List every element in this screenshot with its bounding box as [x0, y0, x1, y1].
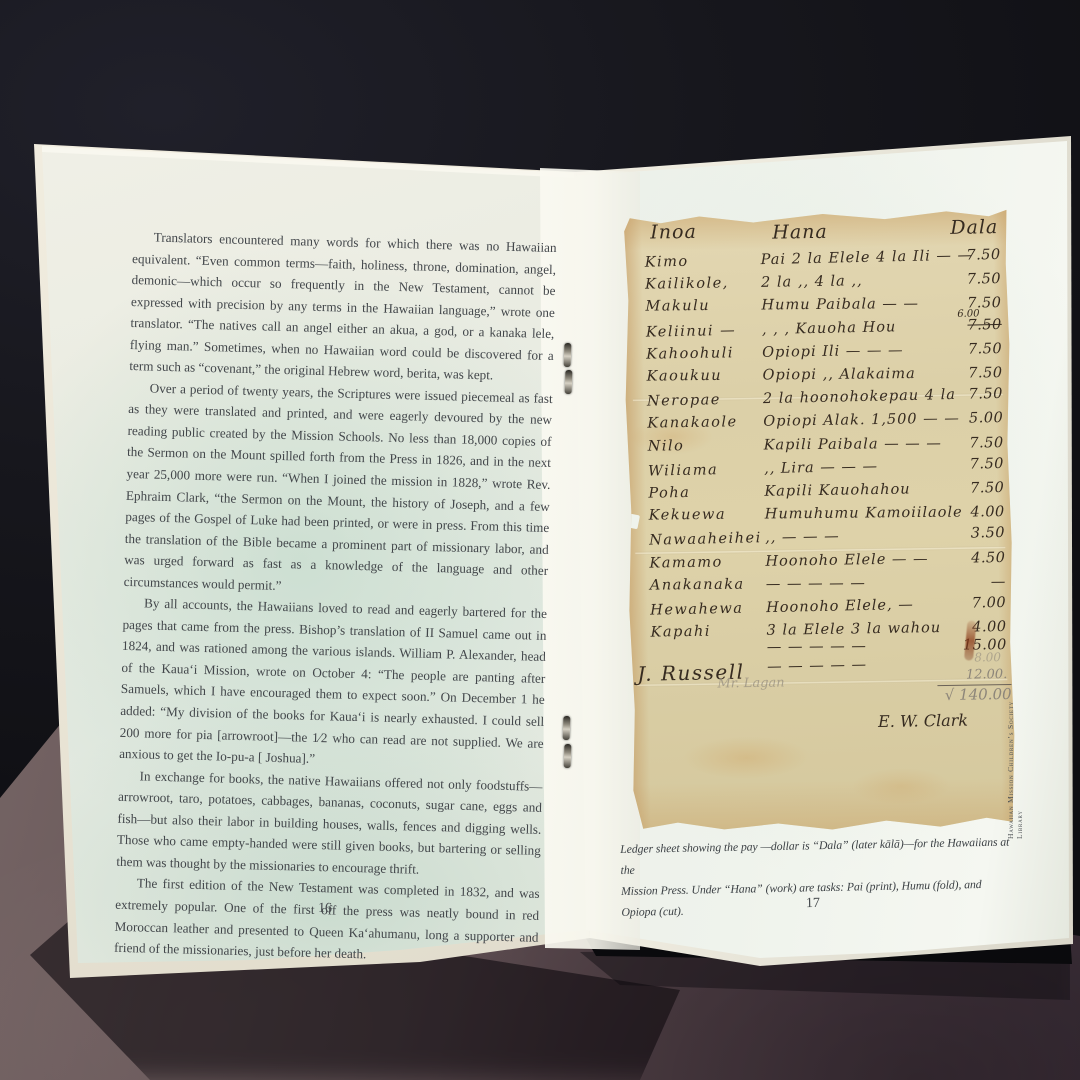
paragraph: By all accounts, the Hawaiians loved to …: [119, 592, 547, 775]
ledger-cell-work: Kapili Kauohahou: [764, 482, 910, 500]
ledger-cell-amount: 4.50: [971, 550, 1006, 567]
ledger-cell-name: Hewahewa: [650, 601, 744, 619]
ledger-cell-name: Keliinui —: [646, 322, 737, 340]
pencil-note: Mr. Lagan: [717, 676, 784, 692]
ledger-cell-name: Kailikole,: [645, 276, 729, 293]
ledger-cell-work: 2 la hoonohokepau 4 la: [763, 387, 956, 407]
staple-icon: [563, 716, 571, 740]
total-faint: 8.00: [974, 650, 1001, 664]
ledger-rows: KimoPai 2 la Elele 4 la Ili — —7.50Kaili…: [622, 208, 1018, 834]
ledger-cell-work: 3 la Elele 3 la wahou: [766, 620, 941, 639]
ledger-cell-name: Wiliama: [648, 462, 718, 480]
ledger-cell-work: Humu Paibala — —: [761, 296, 919, 314]
ledger-cell-work: Opiopi Alak. 1,500 — —: [763, 411, 960, 430]
ledger-cell-work: — — — — —: [767, 657, 867, 675]
ledger-cell-work: — — — — —: [766, 575, 866, 592]
ledger-cell-name: Kapahi: [650, 624, 711, 641]
ledger-cell-work: ‚‚ Lira — — —: [764, 458, 878, 476]
ledger-cell-name: Neropae: [647, 392, 721, 410]
ledger-cell-amount: 7.50: [968, 341, 1003, 358]
ledger-cell-name: Kaoukuu: [647, 368, 723, 385]
ledger-cell-name: Poha: [648, 485, 690, 502]
caption-line: Mission Press. Under “Hana” (work) are t…: [621, 873, 1020, 923]
book-photo-scene: Translators encountered many words for w…: [0, 0, 1080, 1080]
ledger-cell-amount: 7.50: [966, 247, 1001, 264]
ledger-cell-work: ‚‚ — — —: [765, 529, 840, 547]
ledger-cell-name: Kanakaole: [647, 415, 738, 432]
total-sum: √ 140.00: [937, 684, 1011, 704]
ledger-cell-work: Pai 2 la Elele 4 la Ili — —: [761, 248, 974, 269]
ledger-cell-amount: 7.50: [969, 456, 1004, 473]
staple-icon: [564, 343, 572, 367]
paragraph: The first edition of the New Testament w…: [114, 872, 540, 969]
ledger-cell-name: Kimo: [645, 254, 689, 271]
ledger-cell-amount: 5.00: [969, 410, 1004, 427]
paragraph: Over a period of twenty years, the Scrip…: [123, 377, 552, 603]
ledger-sheet: Inoa Hana Dala KimoPai 2 la Elele 4 la I…: [622, 208, 1018, 834]
total-pencil: 12.00.: [966, 667, 1008, 683]
ledger-cell-amount: 4.00: [972, 619, 1007, 636]
ledger-row: KahoohuliOpiopi Ili — — —7.50: [624, 341, 1010, 369]
ledger-cell-work: Humuhumu Kamoiilaole: [765, 505, 963, 523]
ledger-cell-name: Anakanaka: [650, 576, 745, 593]
ledger-cell-work: ‚ ‚ ‚ Kauoha Hou: [762, 319, 897, 338]
ledger-cell-amount: 7.50: [969, 435, 1003, 451]
ledger-cell-amount: 7.00: [972, 595, 1007, 612]
ledger-cell-amount: 4.00: [970, 504, 1004, 520]
ledger-row: KamamoHoonoho Elele — —4.50: [627, 549, 1013, 577]
ledger-cell-work: Kapili Paibala — — —: [764, 435, 942, 453]
ledger-cell-amount: 7.50: [970, 480, 1005, 497]
ledger-cell-amount: —: [991, 574, 1006, 590]
page-number-left: 16: [318, 901, 332, 917]
ledger-cell-name: Makulu: [645, 298, 710, 315]
ledger-cell-name: Kekuewa: [649, 507, 726, 524]
photo-credit: Hawaiian Mission Children’s Society Libr…: [1006, 694, 1024, 839]
paragraph: Translators encountered many words for w…: [129, 226, 557, 388]
staple-icon: [564, 744, 572, 768]
ledger-cell-name: Nawaaheihei: [649, 531, 762, 549]
ledger-cell-name: Kahoohuli: [646, 345, 734, 362]
left-page-body-text: Translators encountered many words for w…: [114, 226, 557, 969]
paragraph: In exchange for books, the native Hawaii…: [116, 764, 543, 883]
ledger-cell-amount: 7.50: [968, 386, 1003, 403]
ledger-cell-work: — — — — —: [767, 638, 867, 655]
ledger-cell-work: Hoonoho Elele — —: [765, 551, 928, 570]
signature: E. W. Clark: [878, 711, 968, 731]
ledger-cell-amount: 7.50: [967, 271, 1002, 288]
ledger-cell-name: Kamamo: [649, 554, 723, 571]
page-number-right: 17: [806, 896, 820, 912]
ledger-cell-work: Hoonoho Elele, —: [766, 597, 914, 616]
ledger-cell-name: Nilo: [648, 438, 685, 454]
ledger-cell-work: Opiopi Ili — — —: [762, 342, 904, 360]
ledger-cell-work: 2 la ‚‚ 4 la ‚‚: [761, 273, 863, 291]
ledger-row: KanakaoleOpiopi Alak. 1,500 — —5.00: [625, 410, 1011, 438]
ledger-cell-work: Opiopi ‚‚ Alakaima: [762, 366, 915, 383]
ledger-cell-amount: 7.50: [968, 365, 1002, 381]
ledger-cell-amount-correction: 6.00: [957, 308, 980, 319]
ledger-cell-amount: 3.50: [971, 525, 1006, 542]
staple-icon: [565, 370, 573, 394]
